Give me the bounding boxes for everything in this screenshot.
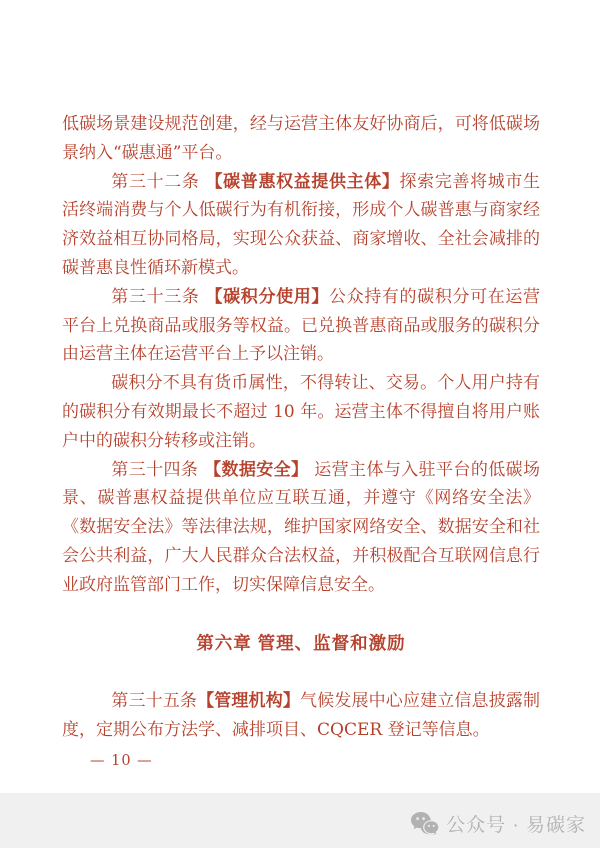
- wechat-icon: [410, 811, 440, 837]
- body-text: 第三十五条: [111, 691, 197, 711]
- bold-term: 【碳普惠权益提供主体】: [206, 172, 400, 191]
- body-paragraph: 低碳场景建设规范创建，经与运营主体友好协商后，可将低碳场景纳入“碳惠通”平台。: [62, 110, 540, 168]
- bold-term: 【数据安全】: [204, 460, 308, 479]
- body-text: 第三十三条: [111, 287, 205, 307]
- body-paragraph: 第三十二条 【碳普惠权益提供主体】探索完善将城市生活终端消费与个人低碳行为有机衔…: [62, 168, 540, 283]
- body-paragraph: 第三十五条【管理机构】气候发展中心应建立信息披露制度，定期公布方法学、减排项目、…: [62, 687, 540, 745]
- body-text: 第三十四条: [111, 460, 204, 480]
- chapter-heading: 第六章 管理、监督和激励: [62, 629, 540, 658]
- body-paragraph: 第三十三条 【碳积分使用】公众持有的碳积分可在运营平台上兑换商品或服务等权益。已…: [62, 283, 540, 369]
- body-paragraph: 碳积分不具有货币属性，不得转让、交易。个人用户持有的碳积分有效期最长不超过 10…: [62, 369, 540, 455]
- document-page: 低碳场景建设规范创建，经与运营主体友好协商后，可将低碳场景纳入“碳惠通”平台。第…: [0, 0, 600, 793]
- body-text: 第三十二条: [111, 172, 205, 192]
- page-number: — 10 —: [90, 753, 153, 769]
- body-text: 低碳场景建设规范创建，经与运营主体友好协商后，可将低碳场景纳入“碳惠通”平台。: [62, 114, 540, 163]
- bold-term: 【碳积分使用】: [206, 287, 329, 306]
- bold-term: 第六章 管理、监督和激励: [196, 633, 405, 653]
- bold-term: 【管理机构】: [197, 691, 300, 710]
- body-text: 碳积分不具有货币属性，不得转让、交易。个人用户持有的碳积分有效期最长不超过 10…: [62, 373, 540, 451]
- document-body: 低碳场景建设规范创建，经与运营主体友好协商后，可将低碳场景纳入“碳惠通”平台。第…: [62, 110, 540, 745]
- watermark-text: 公众号 · 易碳家: [446, 810, 586, 837]
- body-paragraph: 第三十四条 【数据安全】 运营主体与入驻平台的低碳场景、碳普惠权益提供单位应互联…: [62, 456, 540, 600]
- watermark: 公众号 · 易碳家: [410, 810, 586, 837]
